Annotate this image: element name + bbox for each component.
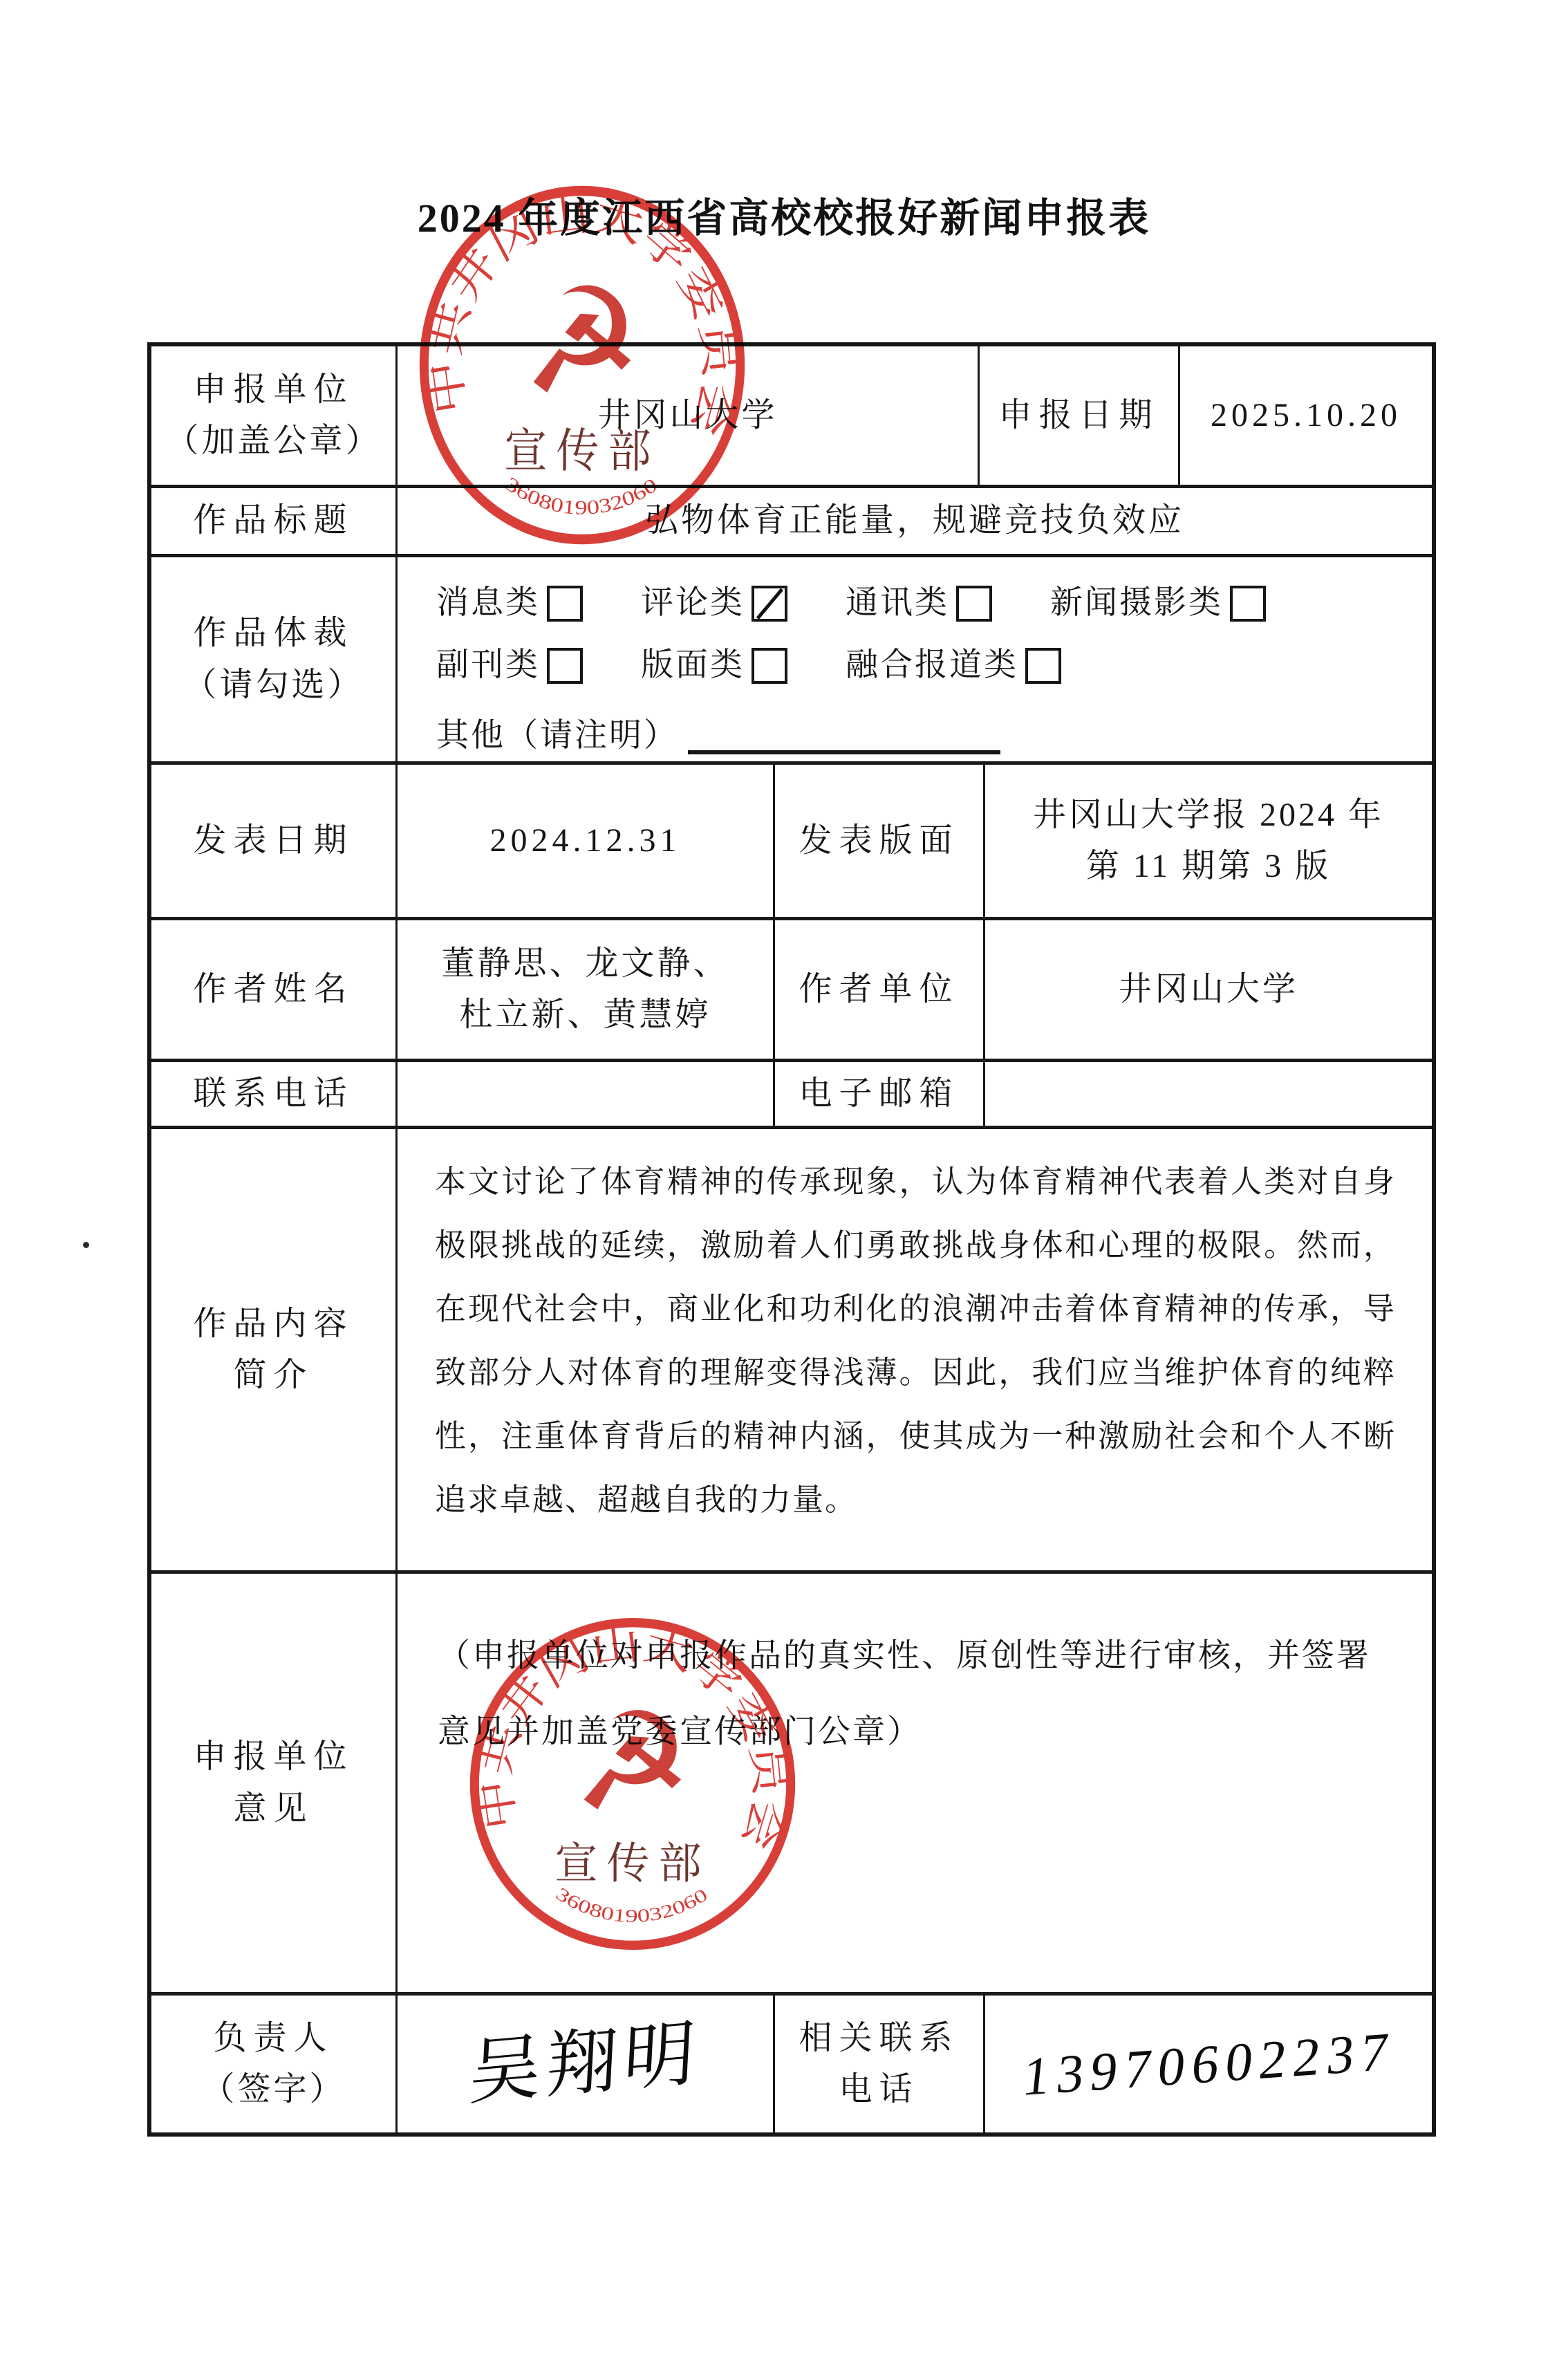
label-responsible-person: 负责人 （签字） — [151, 1992, 395, 2132]
page-title: 2024 年度江西省高校校报好新闻申报表 — [0, 185, 1568, 243]
official-stamp-bottom: 中共井冈山大学委员会 ☭ 宣传部 3608019032060 — [463, 1611, 802, 1957]
label-unit-opinion: 申报单位 意见 — [151, 1570, 395, 1992]
hammer-sickle-icon: ☭ — [523, 261, 642, 425]
handwritten-phone: 13970602237 — [1018, 2009, 1399, 2119]
checkbox-news — [547, 586, 583, 622]
label-declare-date: 申报日期 — [978, 346, 1178, 485]
value-summary: 本文讨论了体育精神的传承现象，认为体育精神代表着人类对自身极限挑战的延续，激励着… — [395, 1126, 1432, 1570]
label-author-unit: 作者单位 — [773, 917, 983, 1059]
genre-option-photo: 新闻摄影类 — [1050, 578, 1266, 629]
hammer-sickle-icon: ☭ — [573, 1689, 693, 1839]
other-blank-line — [688, 750, 1000, 754]
genre-option-layout: 版面类 — [641, 640, 787, 691]
stamp-department-text: 宣传部 — [504, 426, 660, 478]
value-authors: 董静思、龙文静、 杜立新、黄慧婷 — [395, 917, 773, 1059]
checkbox-supplement — [547, 648, 583, 684]
checkbox-comment — [752, 586, 787, 622]
checkbox-communication — [956, 586, 992, 622]
value-author-unit: 井冈山大学 — [983, 917, 1432, 1059]
genre-option-supplement: 副刊类 — [436, 640, 583, 691]
label-email: 电子邮箱 — [773, 1059, 983, 1126]
genre-options: 消息类 评论类 通讯类 新闻摄影类 副刊类 版面类 — [395, 554, 1432, 761]
value-email — [983, 1059, 1432, 1126]
scan-artifact-dot — [83, 1242, 89, 1248]
label-declaring-unit: 申报单位 （加盖公章） — [151, 346, 395, 485]
label-related-phone: 相关联系 电话 — [773, 1992, 983, 2132]
genre-other: 其他（请注明） — [436, 697, 1000, 761]
checkbox-photo — [1230, 586, 1266, 622]
official-stamp-top: 中共井冈山大学委员会 ☭ 宣传部 3608019032060 — [413, 178, 752, 552]
signature-area: 吴翔明 — [395, 1992, 773, 2132]
genre-option-comment: 评论类 — [641, 578, 787, 629]
label-genre: 作品体裁 （请勾选） — [151, 554, 395, 761]
stamp-department-text: 宣传部 — [554, 1839, 710, 1888]
value-declare-date: 2025.10.20 — [1178, 346, 1432, 485]
genre-option-news: 消息类 — [436, 578, 583, 629]
value-publish-date: 2024.12.31 — [395, 761, 773, 917]
handwritten-signature: 吴翔明 — [467, 1998, 704, 2130]
value-publish-page: 井冈山大学报 2024 年 第 11 期第 3 版 — [983, 761, 1432, 917]
genre-option-converged: 融合报道类 — [846, 640, 1061, 691]
genre-option-communication: 通讯类 — [846, 578, 992, 629]
checkbox-converged — [1025, 648, 1061, 684]
value-related-phone: 13970602237 — [983, 1992, 1432, 2132]
label-publish-date: 发表日期 — [151, 761, 395, 917]
value-contact-phone — [395, 1059, 773, 1126]
checkbox-layout — [752, 648, 787, 684]
svg-text:3608019032060: 3608019032060 — [552, 1883, 711, 1926]
stamp-serial-number: 3608019032060 — [552, 1883, 711, 1926]
label-work-title: 作品标题 — [151, 485, 395, 554]
label-publish-page: 发表版面 — [773, 761, 983, 917]
label-contact-phone: 联系电话 — [151, 1059, 395, 1126]
svg-text:3608019032060: 3608019032060 — [502, 472, 660, 519]
label-authors: 作者姓名 — [151, 917, 395, 1059]
label-summary: 作品内容 简介 — [151, 1126, 395, 1570]
stamp-serial-number: 3608019032060 — [502, 472, 660, 519]
